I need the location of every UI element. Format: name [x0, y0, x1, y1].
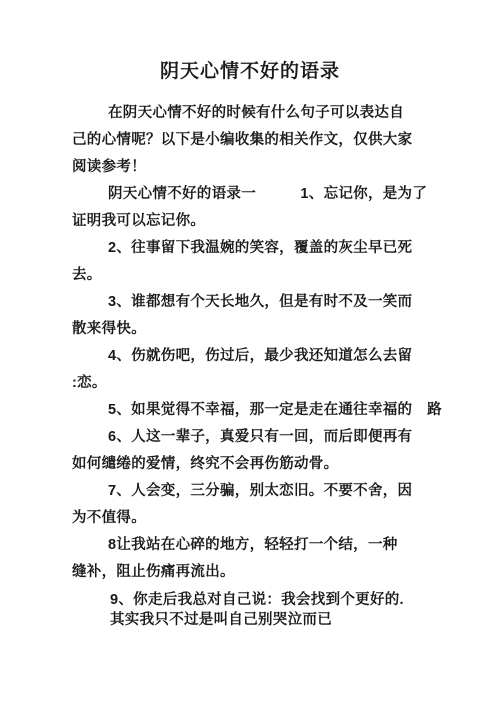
- text-line: :恋。: [72, 370, 448, 397]
- paragraph-quote-3: 3、谁都想有个天长地久，但是有时不及一笑而 散来得快。: [72, 289, 448, 343]
- text-line: 为不值得。: [72, 505, 448, 532]
- text-line: 8让我站在心碎的地方，轻轻打一个结，一种: [72, 532, 448, 559]
- page-title: 阴天心情不好的语录: [0, 60, 500, 84]
- paragraph-intro: 在阴天心情不好的时候有什么句子可以表达自 己的心情呢？以下是小编收集的相关作文，…: [72, 100, 448, 181]
- paragraph-quote-6: 6、人这一辈子，真爱只有一回，而后即便再有 如何缱绻的爱情，终究不会再伤筋动骨。: [72, 424, 448, 478]
- text-line: 阴天心情不好的语录一 1、忘记你，是为了: [72, 181, 448, 208]
- text-line: 4、伤就伤吧，伤过后，最少我还知道怎么去留: [72, 343, 448, 370]
- paragraph-quote-1: 阴天心情不好的语录一 1、忘记你，是为了 证明我可以忘记你。: [72, 181, 448, 235]
- text-line: 9、你走后我总对自己说：我会找到个更好的.: [72, 590, 448, 610]
- paragraph-quote-4: 4、伤就伤吧，伤过后，最少我还知道怎么去留 :恋。: [72, 343, 448, 397]
- paragraph-quote-5: 5、如果觉得不幸福，那一定是走在通往幸福的 路: [72, 397, 448, 424]
- document-body: 在阴天心情不好的时候有什么句子可以表达自 己的心情呢？以下是小编收集的相关作文，…: [0, 100, 500, 630]
- paragraph-quote-2: 2、往事留下我温婉的笑容，覆盖的灰尘早已死 去。: [72, 235, 448, 289]
- document-page: 阴天心情不好的语录 在阴天心情不好的时候有什么句子可以表达自 己的心情呢？以下是…: [0, 0, 500, 708]
- text-line: 去。: [72, 262, 448, 289]
- text-line: 其实我只不过是叫自己别哭泣而已: [72, 610, 448, 630]
- text-line: 7、人会变，三分骗，别太恋旧。不要不舍，因: [72, 478, 448, 505]
- text-line: 2、往事留下我温婉的笑容，覆盖的灰尘早已死: [72, 235, 448, 262]
- paragraph-quote-8: 8让我站在心碎的地方，轻轻打一个结，一种 缝补，阻止伤痛再流出。: [72, 532, 448, 586]
- text-line: 3、谁都想有个天长地久，但是有时不及一笑而: [72, 289, 448, 316]
- text-line: 5、如果觉得不幸福，那一定是走在通往幸福的 路: [72, 397, 448, 424]
- paragraph-quote-7: 7、人会变，三分骗，别太恋旧。不要不舍，因 为不值得。: [72, 478, 448, 532]
- text-line: 在阴天心情不好的时候有什么句子可以表达自: [72, 100, 448, 127]
- text-line: 如何缱绻的爱情，终究不会再伤筋动骨。: [72, 451, 448, 478]
- text-line: 己的心情呢？以下是小编收集的相关作文，仅供大家: [72, 127, 448, 154]
- text-line: 阅读参考！: [72, 154, 448, 181]
- text-line: 缝补，阻止伤痛再流出。: [72, 559, 448, 586]
- text-line: 证明我可以忘记你。: [72, 208, 448, 235]
- paragraph-quote-9: 9、你走后我总对自己说：我会找到个更好的. 其实我只不过是叫自己别哭泣而已: [72, 590, 448, 630]
- text-line: 散来得快。: [72, 316, 448, 343]
- text-line: 6、人这一辈子，真爱只有一回，而后即便再有: [72, 424, 448, 451]
